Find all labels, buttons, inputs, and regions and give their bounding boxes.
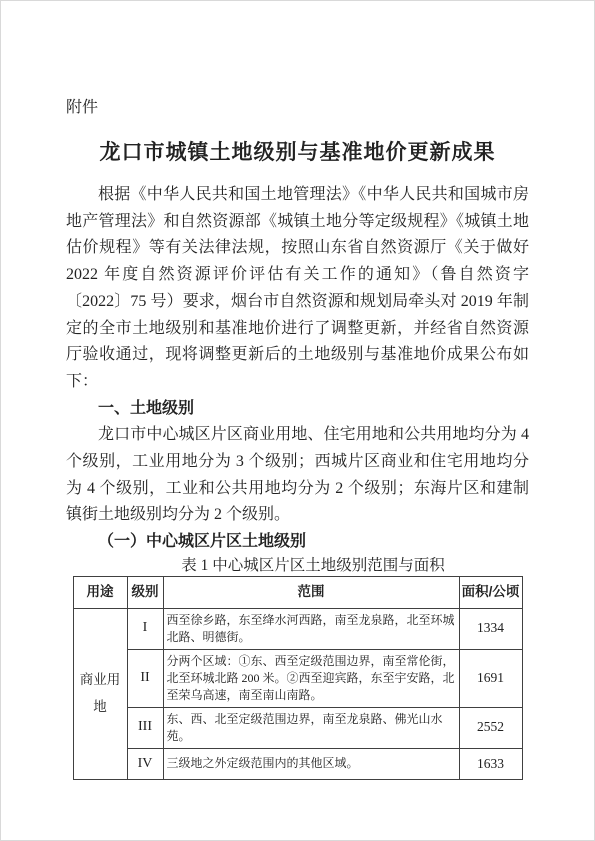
- area-cell: 1334: [459, 608, 522, 649]
- range-cell: 西至徐乡路，东至绛水河西路，南至龙泉路，北至环城北路、明德街。: [163, 608, 459, 649]
- grade-cell: I: [127, 608, 163, 649]
- land-grade-paragraph: 龙口市中心城区片区商业用地、住宅用地和公共用地均分为 4 个级别，工业用地分为 …: [66, 422, 529, 529]
- grade-cell: III: [127, 707, 163, 748]
- area-cell: 1633: [459, 748, 522, 780]
- table-row: III东、西、北至定级范围边界，南至龙泉路、佛光山水苑。2552: [73, 707, 522, 748]
- header-range: 范围: [163, 576, 459, 608]
- land-grade-table: 用途 级别 范围 面积/公顷 商业用地I西至徐乡路，东至绛水河西路，南至龙泉路，…: [73, 576, 523, 780]
- use-group-cell: 商业用地: [73, 608, 127, 780]
- area-cell: 1691: [459, 649, 522, 707]
- table-row: II分两个区域：①东、西至定级范围边界，南至常伦街，北至环城北路 200 米。②…: [73, 649, 522, 707]
- grade-cell: II: [127, 649, 163, 707]
- document-page: 附件 龙口市城镇土地级别与基准地价更新成果 根据《中华人民共和国土地管理法》《中…: [0, 0, 595, 841]
- table-header-row: 用途 级别 范围 面积/公顷: [73, 576, 522, 608]
- header-area: 面积/公顷: [459, 576, 522, 608]
- table-row: 商业用地I西至徐乡路，东至绛水河西路，南至龙泉路，北至环城北路、明德街。1334: [73, 608, 522, 649]
- range-cell: 东、西、北至定级范围边界，南至龙泉路、佛光山水苑。: [163, 707, 459, 748]
- range-cell: 分两个区域：①东、西至定级范围边界，南至常伦街，北至环城北路 200 米。②西至…: [163, 649, 459, 707]
- area-cell: 2552: [459, 707, 522, 748]
- attachment-label: 附件: [66, 98, 529, 118]
- land-grade-table-body: 商业用地I西至徐乡路，东至绛水河西路，南至龙泉路，北至环城北路、明德街。1334…: [73, 608, 522, 780]
- subsection-heading-central-district: （一）中心城区片区土地级别: [66, 529, 529, 556]
- table-caption: 表 1 中心城区片区土地级别范围与面积: [66, 556, 529, 576]
- table-row: IV三级地之外定级范围内的其他区域。1633: [73, 748, 522, 780]
- document-title: 龙口市城镇土地级别与基准地价更新成果: [66, 138, 529, 166]
- section-heading-land-grade: 一、土地级别: [66, 396, 529, 423]
- intro-paragraph: 根据《中华人民共和国土地管理法》《中华人民共和国城市房地产管理法》和自然资源部《…: [66, 182, 529, 396]
- header-grade: 级别: [127, 576, 163, 608]
- range-cell: 三级地之外定级范围内的其他区域。: [163, 748, 459, 780]
- document-body: 根据《中华人民共和国土地管理法》《中华人民共和国城市房地产管理法》和自然资源部《…: [66, 182, 529, 780]
- grade-cell: IV: [127, 748, 163, 780]
- header-use: 用途: [73, 576, 127, 608]
